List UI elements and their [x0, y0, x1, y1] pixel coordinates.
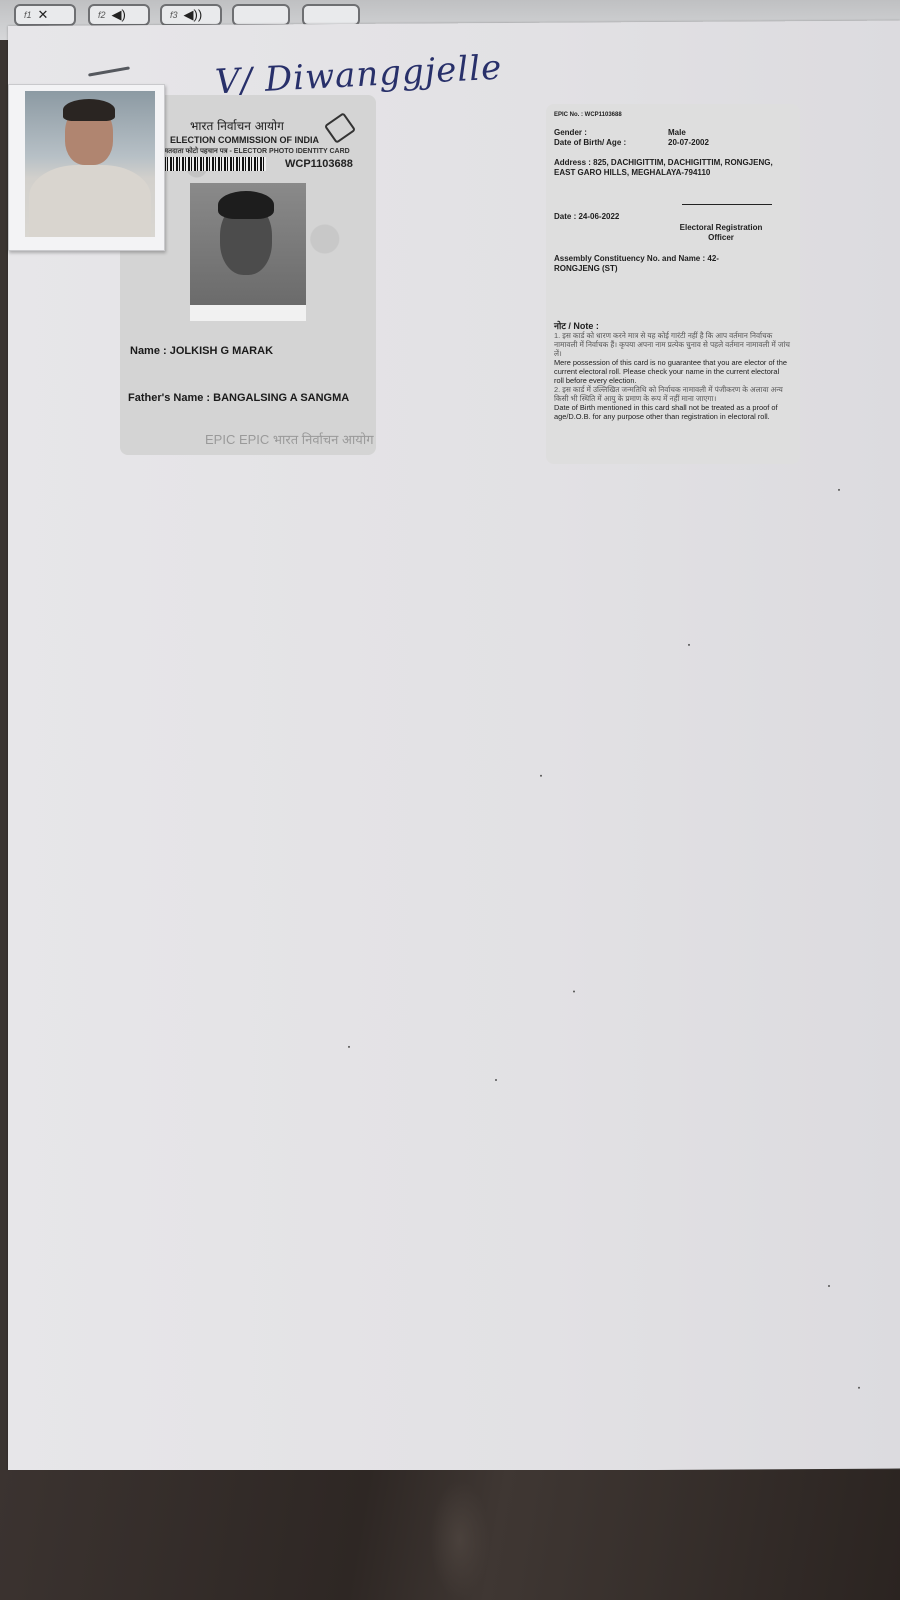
note-heading: नोट / Note : — [554, 322, 790, 331]
eci-logo-icon — [324, 112, 356, 144]
fabric-fold — [430, 1480, 490, 1600]
volume-up-icon: ◀)) — [184, 7, 203, 23]
key-label: f2 — [98, 10, 106, 20]
note2-hindi: 2. इस कार्ड में उल्लिखित जन्मतिथि को निर… — [554, 385, 790, 403]
card-subtitle: मतदाता फोटो पहचान पत्र - ELECTOR PHOTO I… — [164, 147, 350, 156]
address: Address : 825, DACHIGITTIM, DACHIGITTIM,… — [554, 158, 774, 178]
f3-volume-up-key: f3 ◀)) — [160, 4, 222, 26]
f1-mute-key: f1 ✕ — [14, 4, 76, 26]
key-label: f1 — [24, 10, 32, 20]
card-holder-photo — [190, 183, 306, 321]
watermark: EPIC EPIC भारत निर्वाचन आयोग — [205, 430, 374, 448]
officer-signature — [682, 188, 772, 205]
f5-key — [302, 4, 360, 26]
gender-value: Male — [668, 128, 686, 137]
person-photo — [25, 91, 155, 237]
barcode-icon — [164, 157, 266, 171]
epic-label: EPIC No. : WCP1103688 — [554, 112, 622, 118]
card-title: ELECTION COMMISSION OF INDIA — [170, 135, 319, 145]
epic-number: WCP1103688 — [285, 158, 353, 170]
notes-section: नोट / Note : 1. इस कार्ड को धारण करने मा… — [554, 322, 790, 421]
issue-date: Date : 24-06-2022 — [554, 212, 619, 221]
key-label: f3 — [170, 10, 178, 20]
hindi-title: भारत निर्वाचन आयोग — [190, 117, 284, 134]
f2-volume-down-key: f2 ◀) — [88, 4, 150, 26]
dob-value: 20-07-2002 — [668, 138, 709, 147]
f4-key — [232, 4, 290, 26]
father-name: Father's Name : BANGALSING A SANGMA — [128, 391, 363, 406]
note2: Date of Birth mentioned in this card sha… — [554, 403, 790, 421]
volume-down-icon: ◀) — [112, 7, 126, 23]
constituency: Assembly Constituency No. and Name : 42-… — [554, 254, 764, 274]
note1-hindi: 1. इस कार्ड को धारण करने मात्र से यह कोई… — [554, 331, 790, 358]
note1: Mere possession of this card is no guara… — [554, 358, 790, 385]
passport-photo — [8, 84, 165, 251]
dob-label: Date of Birth/ Age : — [554, 138, 626, 147]
voter-id-back: EPIC No. : WCP1103688 Gender : Male Date… — [546, 104, 800, 464]
mute-icon: ✕ — [38, 7, 49, 23]
officer-title: Electoral Registration Officer — [666, 223, 776, 243]
gender-label: Gender : — [554, 128, 587, 137]
holder-name: Name : JOLKISH G MARAK — [130, 345, 273, 357]
